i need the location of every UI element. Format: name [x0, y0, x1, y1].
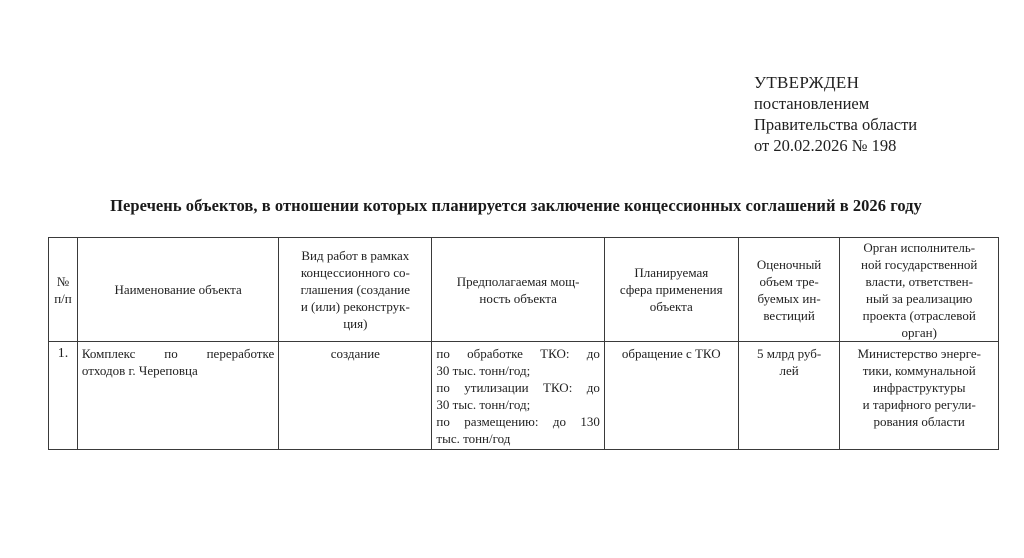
row-capacity-line: 30 тыс. тонн/год;	[436, 362, 599, 379]
header-work-type: Вид работ в рамках концессионного со- гл…	[279, 238, 432, 342]
header-investment-line: буемых ин-	[743, 290, 836, 307]
header-work-type-line: глашения (создание	[283, 281, 427, 298]
header-capacity: Предполагаемая мощ- ность объекта	[432, 238, 604, 342]
row-authority-line: Министерство энерге-	[844, 345, 994, 362]
document-title: Перечень объектов, в отношении которых п…	[0, 196, 1024, 216]
header-authority-line: орган)	[844, 324, 994, 341]
header-authority-line: проекта (отраслевой	[844, 307, 994, 324]
table-header-row: № п/п Наименование объекта Вид работ в р…	[49, 238, 999, 342]
row-sphere: обращение с ТКО	[604, 342, 738, 450]
header-capacity-line: ность объекта	[436, 290, 599, 307]
header-sphere-line: объекта	[609, 298, 734, 315]
header-capacity-line: Предполагаемая мощ-	[436, 273, 599, 290]
row-object-name: Комплекс по переработке отходов г. Череп…	[77, 342, 278, 450]
row-investment-line: лей	[743, 362, 836, 379]
row-work-type: создание	[279, 342, 432, 450]
row-object-name-line: Комплекс по переработке	[82, 345, 274, 362]
header-authority-line: Орган исполнитель-	[844, 239, 994, 256]
table-row: 1. Комплекс по переработке отходов г. Че…	[49, 342, 999, 450]
row-authority-line: рования области	[844, 413, 994, 430]
row-investment-line: 5 млрд руб-	[743, 345, 836, 362]
approval-line-resolution: постановлением	[754, 93, 917, 114]
row-capacity-line: по размещению: до 130	[436, 413, 599, 430]
row-authority: Министерство энерге- тики, коммунальной …	[840, 342, 999, 450]
header-work-type-line: и (или) реконструк-	[283, 298, 427, 315]
row-number: 1.	[49, 342, 78, 450]
header-authority-line: власти, ответствен-	[844, 273, 994, 290]
header-work-type-line: ция)	[283, 315, 427, 332]
header-investment-line: объем тре-	[743, 273, 836, 290]
row-investment: 5 млрд руб- лей	[738, 342, 840, 450]
header-investment: Оценочный объем тре- буемых ин- вестиций	[738, 238, 840, 342]
approval-stamp: УТВЕРЖДЕН постановлением Правительства о…	[754, 72, 917, 156]
header-authority-line: ный за реализацию	[844, 290, 994, 307]
header-work-type-line: Вид работ в рамках	[283, 247, 427, 264]
header-authority-line: ной государственной	[844, 256, 994, 273]
header-number: № п/п	[49, 238, 78, 342]
header-number-line: п/п	[53, 290, 73, 307]
header-sphere: Планируемая сфера применения объекта	[604, 238, 738, 342]
header-number-line: №	[53, 273, 73, 290]
row-capacity-line: 30 тыс. тонн/год;	[436, 396, 599, 413]
concession-objects-table: № п/п Наименование объекта Вид работ в р…	[48, 237, 999, 450]
row-capacity-line: тыс. тонн/год	[436, 430, 599, 447]
header-object-name: Наименование объекта	[77, 238, 278, 342]
row-capacity: по обработке ТКО: до 30 тыс. тонн/год; п…	[432, 342, 604, 450]
header-sphere-line: сфера применения	[609, 281, 734, 298]
approval-line-date-number: от 20.02.2026 № 198	[754, 135, 917, 156]
approval-line-government: Правительства области	[754, 114, 917, 135]
header-authority: Орган исполнитель- ной государственной в…	[840, 238, 999, 342]
row-authority-line: и тарифного регули-	[844, 396, 994, 413]
header-investment-line: Оценочный	[743, 256, 836, 273]
row-authority-line: тики, коммунальной	[844, 362, 994, 379]
approval-heading: УТВЕРЖДЕН	[754, 72, 917, 93]
header-investment-line: вестиций	[743, 307, 836, 324]
header-work-type-line: концессионного со-	[283, 264, 427, 281]
row-authority-line: инфраструктуры	[844, 379, 994, 396]
row-capacity-line: по утилизации ТКО: до	[436, 379, 599, 396]
row-capacity-line: по обработке ТКО: до	[436, 345, 599, 362]
row-object-name-line: отходов г. Череповца	[82, 362, 274, 379]
header-sphere-line: Планируемая	[609, 264, 734, 281]
